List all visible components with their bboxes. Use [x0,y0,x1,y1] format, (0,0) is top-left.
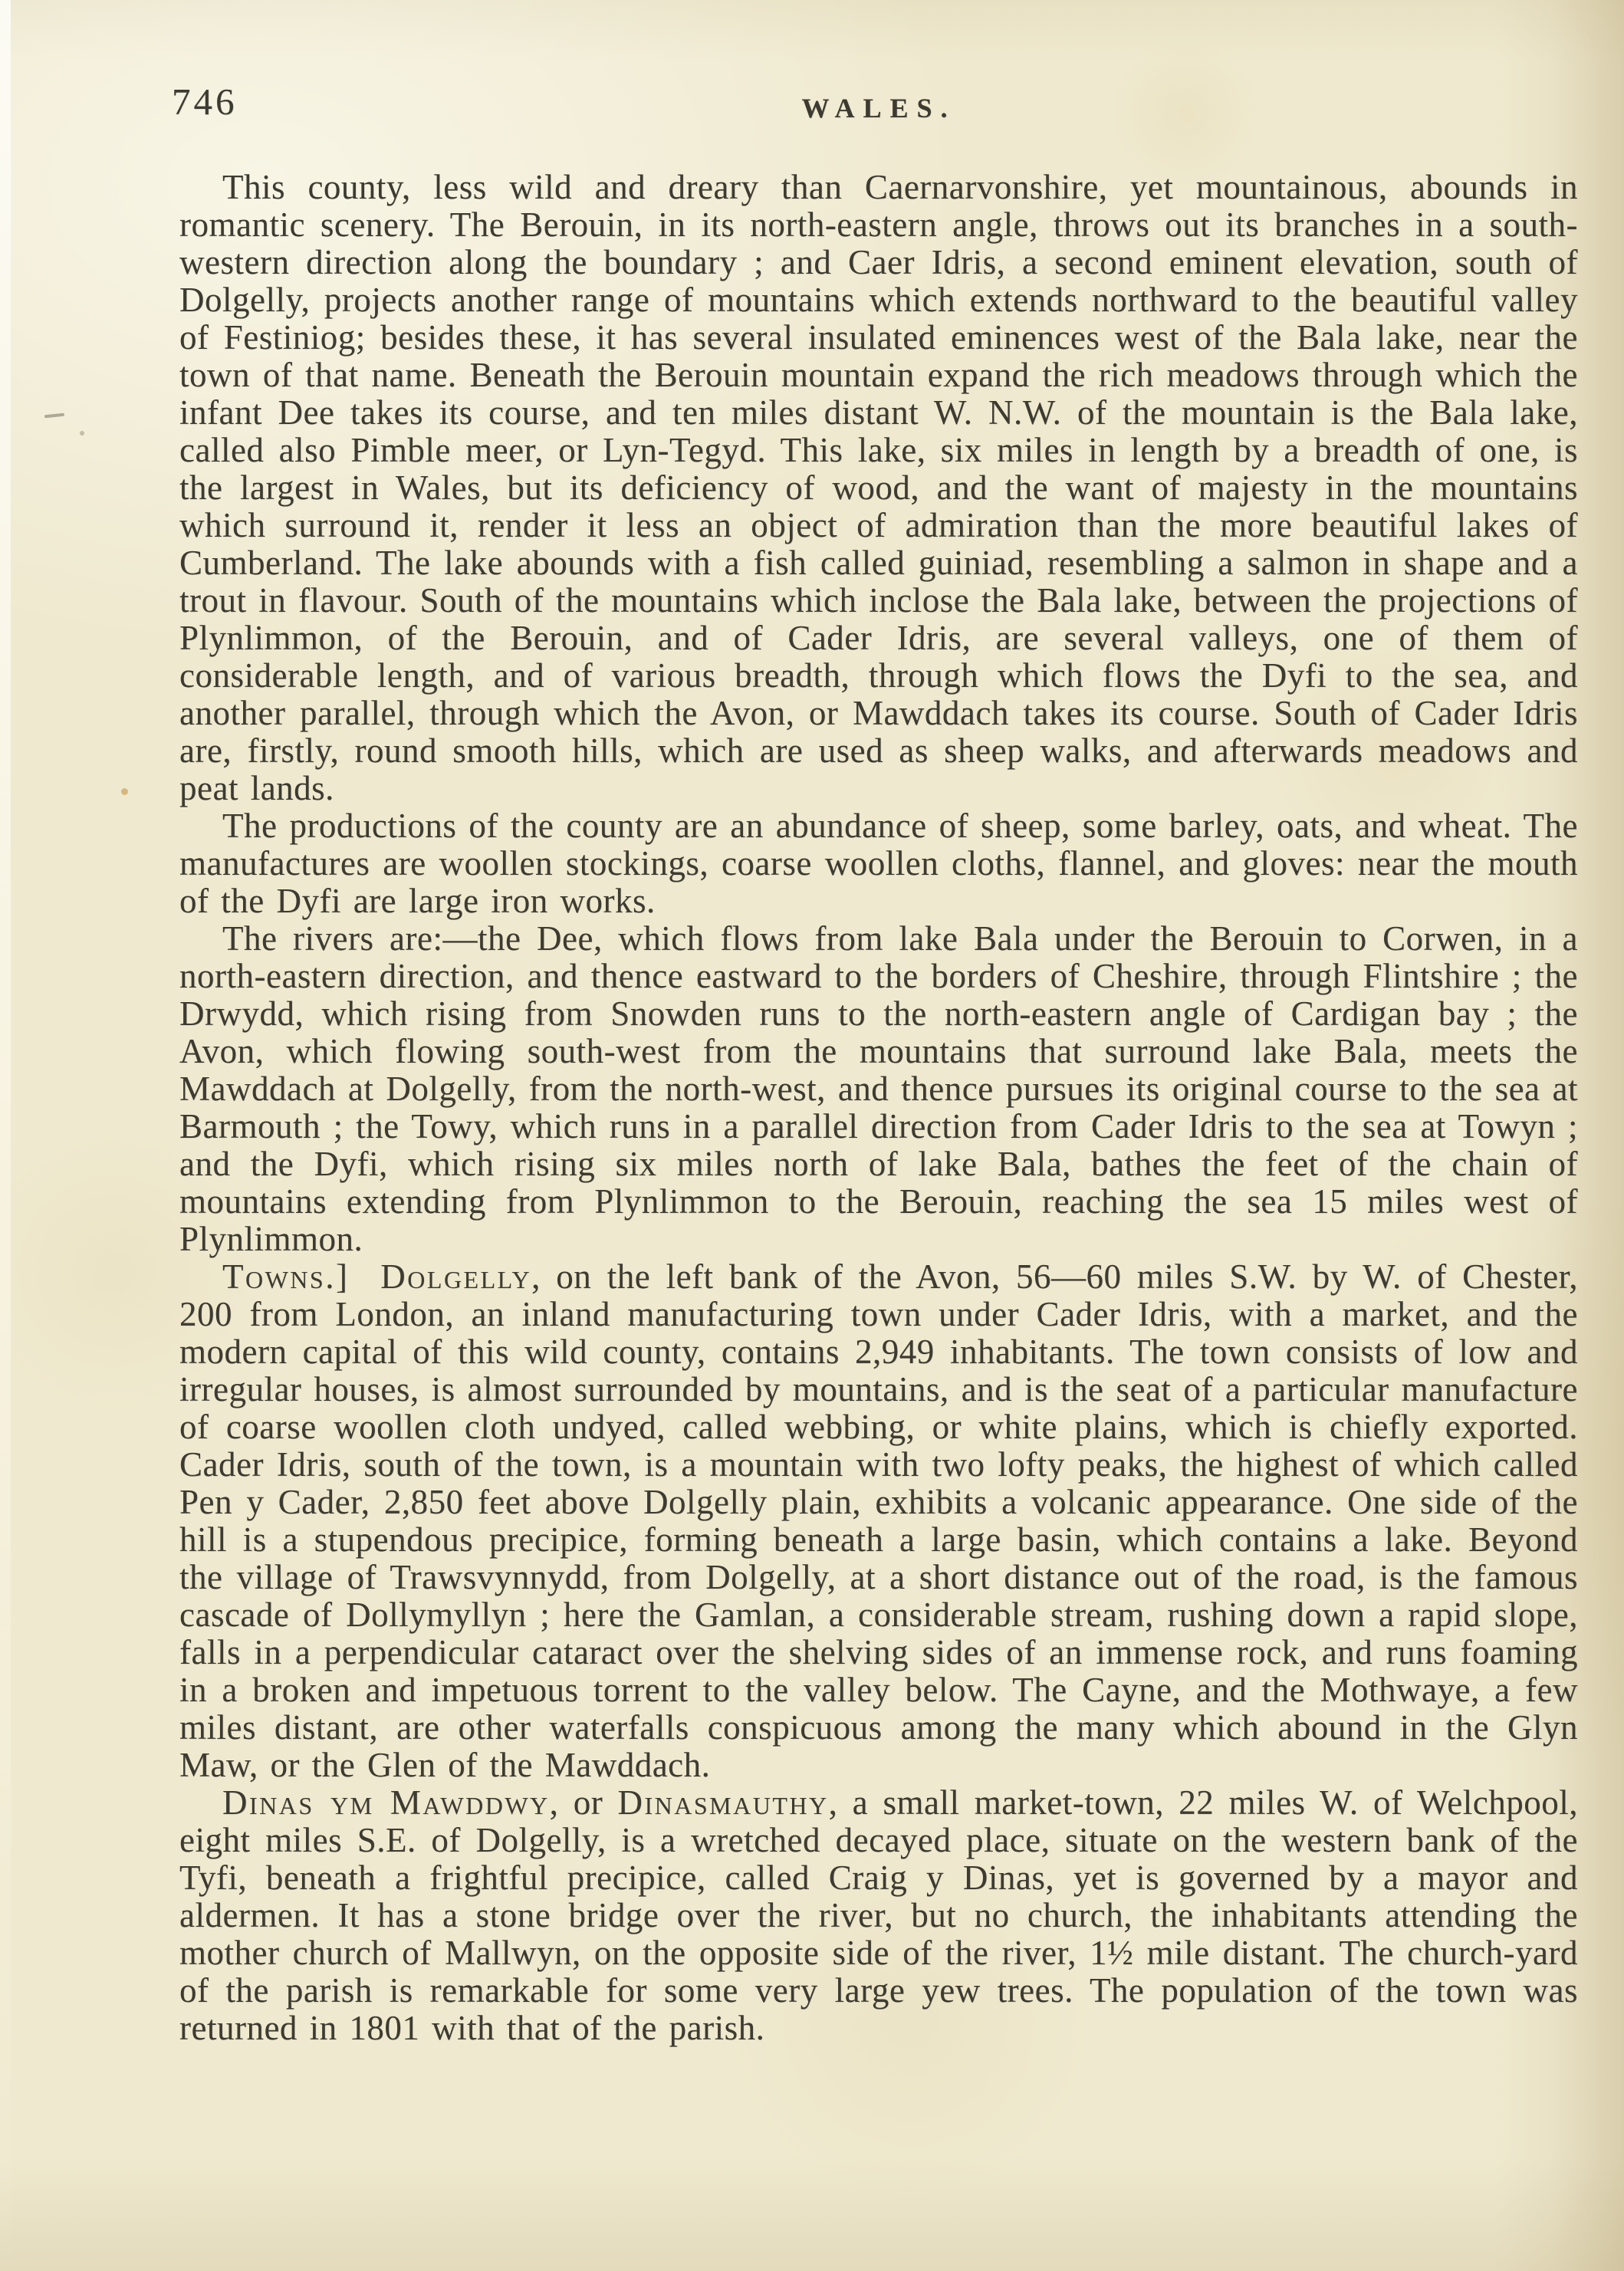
body-text: This county, less wild and dreary than C… [179,169,1578,2047]
text-segment: , a small market-town, 22 miles W. of We… [179,1783,1578,2047]
text-segment [349,1257,380,1296]
text-segment: , or [550,1783,618,1822]
scan-speck [121,788,128,795]
text-segment: The rivers are:—the Dee, which flows fro… [179,919,1578,1258]
small-caps-text: Dolgelly [380,1257,531,1296]
paragraph-2: The productions of the county are an abu… [179,807,1578,920]
scan-edge [0,0,11,2271]
paragraph-4: Towns.] Dolgelly, on the left bank of th… [179,1258,1578,1784]
paragraph-5: Dinas ym Mawddwy, or Dinasmauthy, a smal… [179,1784,1578,2047]
small-caps-text: Dinas ym Mawddwy [222,1783,550,1822]
small-caps-text: Towns.] [222,1257,349,1296]
scanned-page: 746 WALES. This county, less wild and dr… [0,0,1624,2271]
paragraph-3: The rivers are:—the Dee, which flows fro… [179,920,1578,1258]
small-caps-text: Dinasmauthy [618,1783,829,1822]
scan-speck [80,431,84,435]
text-segment: The productions of the county are an abu… [179,807,1578,920]
text-segment: This county, less wild and dreary than C… [179,168,1578,807]
text-segment: , on the left bank of the Avon, 56—60 mi… [179,1257,1578,1784]
running-head: WALES. [179,92,1578,124]
scan-speck [44,413,64,419]
paragraph-1: This county, less wild and dreary than C… [179,169,1578,807]
